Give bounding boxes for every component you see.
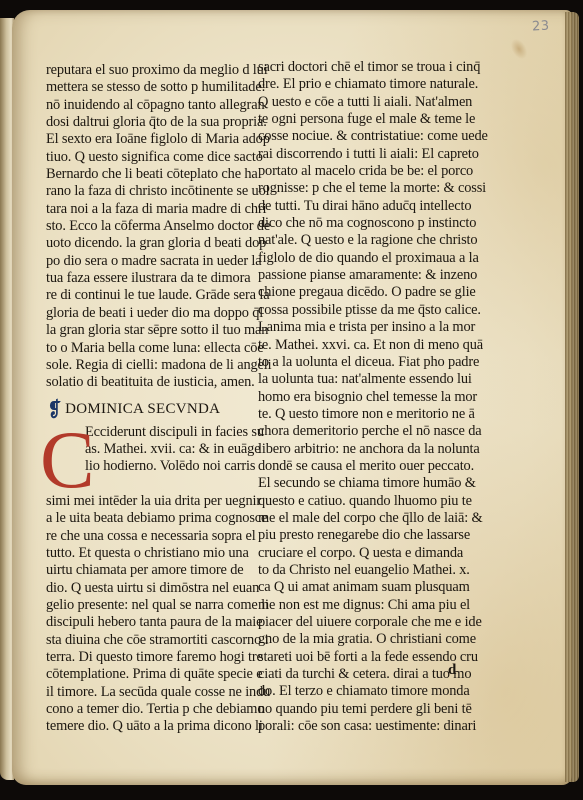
text-line: to a la uolunta el diceua. Fiat pho padr… [258,354,464,371]
text-line: tara noi a la faza di maria madre di chr… [46,201,246,218]
text-line: re che una cossa e necessaria sopra el [46,528,246,545]
text-line: te. Q uesto timore non e meritorio ne ā [258,406,464,423]
text-line: nat'ale. Q uesto e la ragione che christ… [258,232,464,249]
text-line: gno de la mia gratia. O christiani come [258,631,464,648]
text-line: portato al macelo crida be be: el porco [258,163,464,180]
text-line: Bernardo che li beati cōteplato che ha [46,166,246,183]
text-line: il timore. La secūda quale cosse ne indu [46,684,246,701]
text-line: lio hodierno. Volēdo noi carris [85,458,246,475]
text-line: cruciare el corpo. Q uesta e dimanda [258,545,464,562]
text-line: uirtu chiamata per amore timore de [46,562,246,579]
text-line: cōtemplatione. Prima di quāte specie e [46,666,246,683]
text-line: as. Mathei. xvii. ca: & in euāge [85,441,246,458]
text-line: figlolo de dio quando el proximaua a la [258,250,464,267]
text-line: dosi daltrui gloria q̄to de la sua propr… [46,114,246,131]
text-line: tua faza essere ilustrara da te dimora [46,270,246,287]
text-line: dio. Q uesta uirtu si dimōstra nel euan [46,580,246,597]
text-line: dre. El prio e chiamato timore naturale. [258,76,464,93]
text-line: ciati da turchi & cetera. dirai a tuo mo [258,666,464,683]
text-line: tutto. Et questa o christiano mio una [46,545,246,562]
folio-number: 23 [532,19,550,35]
page-fore-edge [565,12,579,782]
text-line: me non est me dignus: Chi ama piu el [258,597,464,614]
text-line: gloria de beati i ueder dio ma doppo q̄l [46,305,246,322]
text-line: uoto dicendo. la gran gloria d beati dop [46,235,246,252]
text-line: chora demeritorio perche el nō nasce da [258,423,464,440]
text-line: la gran gloria star sēpre sotto il tuo m… [46,322,246,339]
text-line: sole. Regia di cielli: madona de li ange… [46,357,246,374]
left-column: reputara el suo proximo da meglio d luim… [46,62,246,736]
left-column-text-after-initial: simi mei intēder la uia drita per uegnir… [46,493,246,736]
text-line: te ogni persona fuge el male & teme le [258,111,464,128]
text-line: Lanima mia e trista per insino a la mor [258,319,464,336]
text-line: Q uesto e cōe a tutti li aiali. Nat'alme… [258,94,464,111]
text-line: cosse nociue. & contristatiue: come uede [258,128,464,145]
text-line: no quando piu temi perdere gli beni tē [258,701,464,718]
text-line: homo era bisognio chel temesse la mor [258,389,464,406]
text-line: po dio sera o madre sacrata in ueder la [46,253,246,270]
text-line: de tutti. Tu dirai hāno aduc̄q intellect… [258,198,464,215]
text-line: Ecciderunt discipuli in facies su [85,424,246,441]
text-line: ca Q ui amat animam suam plusquam [258,579,464,596]
text-line: temere dio. Q uāto a la prima dicono li [46,718,246,735]
text-line: la uolunta tua: nat'almente essendo lui [258,371,464,388]
text-line: to o Maria bella come luna: ellecta cōe [46,340,246,357]
text-line: solatio di beatituita de iusticia, amen. [46,374,246,391]
text-line: dondē se causa el merito ouer peccato. [258,458,464,475]
text-line: a le uita beata debiamo prima cognosce [46,510,246,527]
text-line: terra. Di questo timore faremo hogi tre [46,649,246,666]
right-column-text: sacri doctori chē el timor se troua i ci… [258,59,464,735]
text-line: passione pianse amaramente: & inzeno [258,267,464,284]
text-line: gelio presente: nel qual se narra come l… [46,597,246,614]
text-line: rai discorrendo i tutti li aiali: El cap… [258,146,464,163]
text-line: piacer del uiuere corporale che me e ide [258,614,464,631]
text-line: re di continui le tue laude. Grāde sera … [46,287,246,304]
text-line: sta diuina che cōe stramortiti cascorno … [46,632,246,649]
text-line: me el male del corpo che q̄llo de laiā: … [258,510,464,527]
text-line: libero arbitrio: ne anchora da la nolunt… [258,441,464,458]
signature-mark: d [448,662,456,679]
text-line: piu presto renegarebe dio che lassarse [258,527,464,544]
drop-cap-initial: C [40,420,95,500]
text-line: questo e catiuo. quando lhuomo piu te [258,493,464,510]
text-line: chione pregaua dicēdo. O padre se glie [258,284,464,301]
drop-cap-block: C Ecciderunt discipuli in facies suas. M… [46,424,246,493]
text-line: El secundo se chiama timore humāo & [258,475,464,492]
text-line: sacri doctori chē el timor se troua i ci… [258,59,464,76]
text-line: El sexto era Ioāne figlolo di Maria adop [46,131,246,148]
text-line: rognisse: p che el teme la morte: & coss… [258,180,464,197]
text-line: rano la faza di christo incōtinente se u… [46,183,246,200]
text-line: dico che nō ma cognoscono p instincto [258,215,464,232]
text-line: cono a temer dio. Tertia p che debiamo [46,701,246,718]
right-column: sacri doctori chē el timor se troua i ci… [258,59,464,735]
left-column-text-before-heading: reputara el suo proximo da meglio d luim… [46,62,246,392]
text-line: sto. Ecco la cōferma Anselmo doctor de [46,218,246,235]
text-line: te. Mathei. xxvi. ca. Et non di meno quā [258,337,464,354]
text-line: nō inuidendo al cōpagno tanto allegran [46,97,246,114]
text-line: cossa possibile ptisse da me q̄sto calic… [258,302,464,319]
text-line: do. El terzo e chiamato timore monda [258,683,464,700]
text-line: to da Christo nel euangelio Mathei. x. [258,562,464,579]
text-line: stareti uoi bē forti a la fede essendo c… [258,649,464,666]
text-line: mettera se stesso de sotto p humilitade: [46,79,246,96]
text-line: tiuo. Q uesto significa come dice sacto [46,149,246,166]
text-line: porali: cōe son casa: uestimente: dinari [258,718,464,735]
text-line: discipuli hebero tanta paura de la maie [46,614,246,631]
text-line: reputara el suo proximo da meglio d lui [46,62,246,79]
